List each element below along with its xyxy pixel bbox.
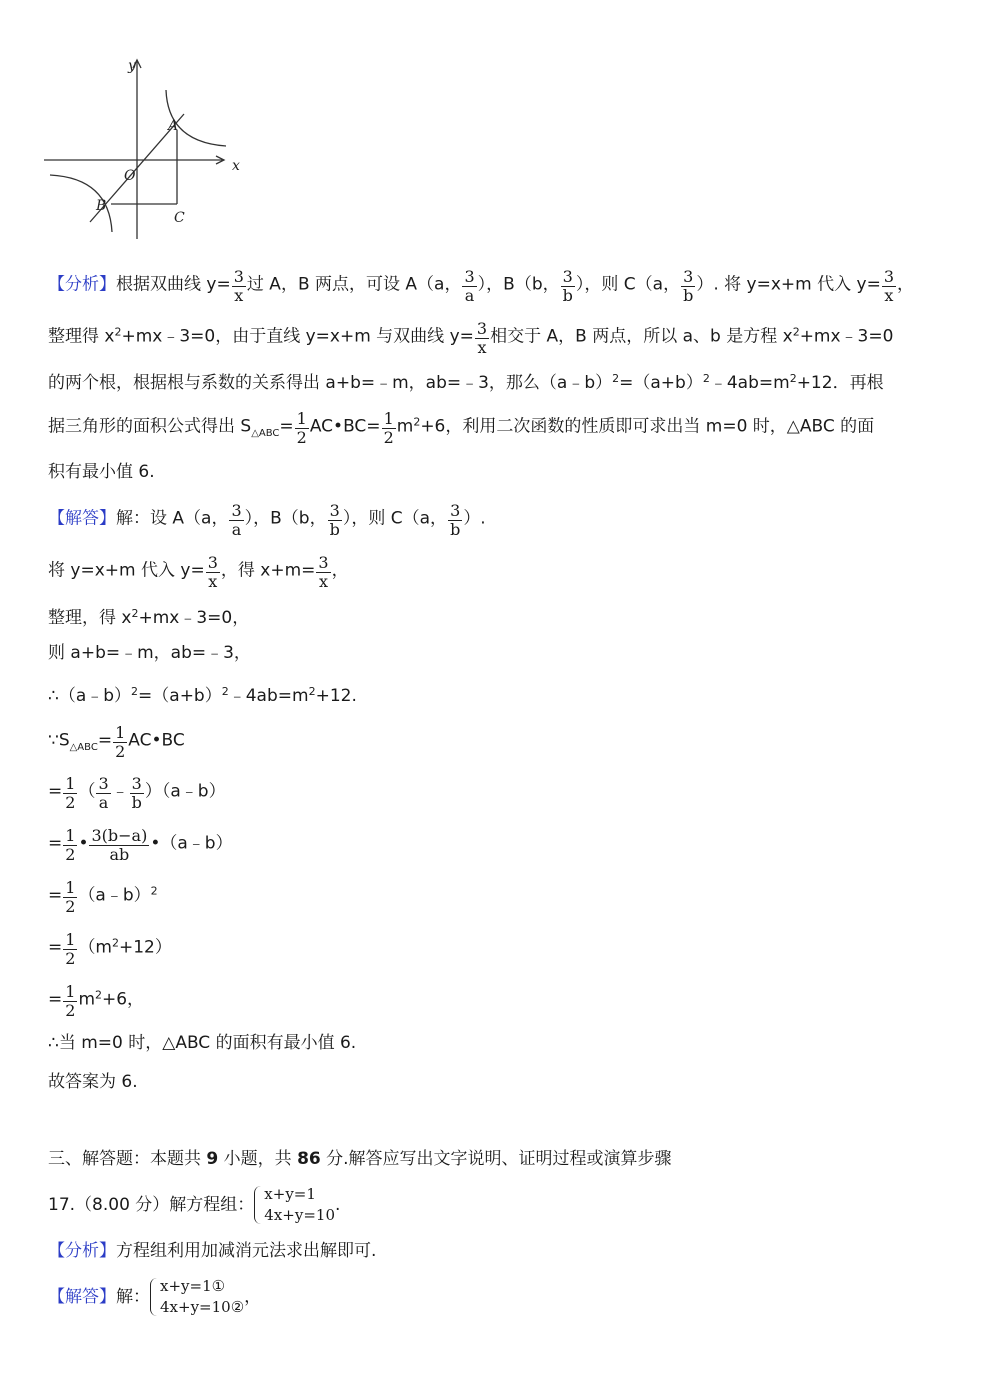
equation-system: x+y=14x+y=10 xyxy=(254,1184,335,1226)
analysis-line-3: 的两个根，根据根与系数的关系得出 a+b=﹣m，ab=﹣3，那么（a﹣b）2=（… xyxy=(48,368,884,394)
question-17: 17.（8.00 分）解方程组：x+y=14x+y=10. xyxy=(48,1184,340,1226)
analysis-tag: 【分析】 xyxy=(48,275,116,295)
q17-solution: 【解答】解：x+y=1①4x+y=10②， xyxy=(48,1276,261,1318)
solution-line-9: =12（a﹣b）2 xyxy=(48,877,158,914)
analysis-line-1: 【分析】根据双曲线 y=3x过 A，B 两点，可设 A（a，3a），B（b，3b… xyxy=(48,266,914,303)
solution-line-8: =12•3(b−a)ab•（a﹣b） xyxy=(48,825,233,862)
solution-line-5: ∴（a﹣b）2=（a+b）2﹣4ab=m2+12. xyxy=(48,681,357,707)
x-axis-label: x xyxy=(232,158,240,174)
solution-line-2: 将 y=x+m 代入 y=3x，得 x+m=3x， xyxy=(48,552,349,589)
analysis-line-5: 积有最小值 6. xyxy=(48,461,155,483)
point-c-label: C xyxy=(174,210,185,226)
equation-system-numbered: x+y=1①4x+y=10② xyxy=(150,1276,244,1318)
solution-line-11: =12m2+6， xyxy=(48,981,144,1018)
analysis-tag: 【分析】 xyxy=(48,1241,116,1261)
solution-line-10: =12（m2+12） xyxy=(48,929,172,966)
solution-line-4: 则 a+b=﹣m，ab=﹣3， xyxy=(48,642,251,664)
y-axis-label: y xyxy=(127,58,137,74)
solution-line-12: ∴当 m=0 时，△ABC 的面积有最小值 6. xyxy=(48,1032,356,1054)
section-heading: 三、解答题：本题共 9 小题，共 86 分.解答应写出文字说明、证明过程或演算步… xyxy=(48,1148,672,1170)
hyperbola-figure: y x O A B C xyxy=(44,54,250,244)
solution-tag: 【解答】 xyxy=(48,509,116,529)
solution-tag: 【解答】 xyxy=(48,1287,116,1307)
point-b-label: B xyxy=(95,198,106,214)
solution-line-1: 【解答】解：设 A（a，3a），B（b，3b），则 C（a，3b）. xyxy=(48,500,486,537)
point-a-label: A xyxy=(166,118,178,134)
solution-line-3: 整理，得 x2+mx﹣3=0， xyxy=(48,603,249,629)
analysis-line-4: 据三角形的面积公式得出 S△ABC=12AC•BC=12m2+6，利用二次函数的… xyxy=(48,408,874,445)
q17-analysis: 【分析】方程组利用加减消元法求出解即可. xyxy=(48,1240,376,1262)
solution-line-7: =12（3a﹣3b）（a﹣b） xyxy=(48,773,226,810)
solution-line-6: ∵S△ABC=12AC•BC xyxy=(48,722,185,759)
analysis-line-2: 整理得 x2+mx﹣3=0，由于直线 y=x+m 与双曲线 y=3x相交于 A，… xyxy=(48,318,893,355)
solution-line-13: 故答案为 6. xyxy=(48,1071,138,1093)
origin-label: O xyxy=(124,168,136,184)
